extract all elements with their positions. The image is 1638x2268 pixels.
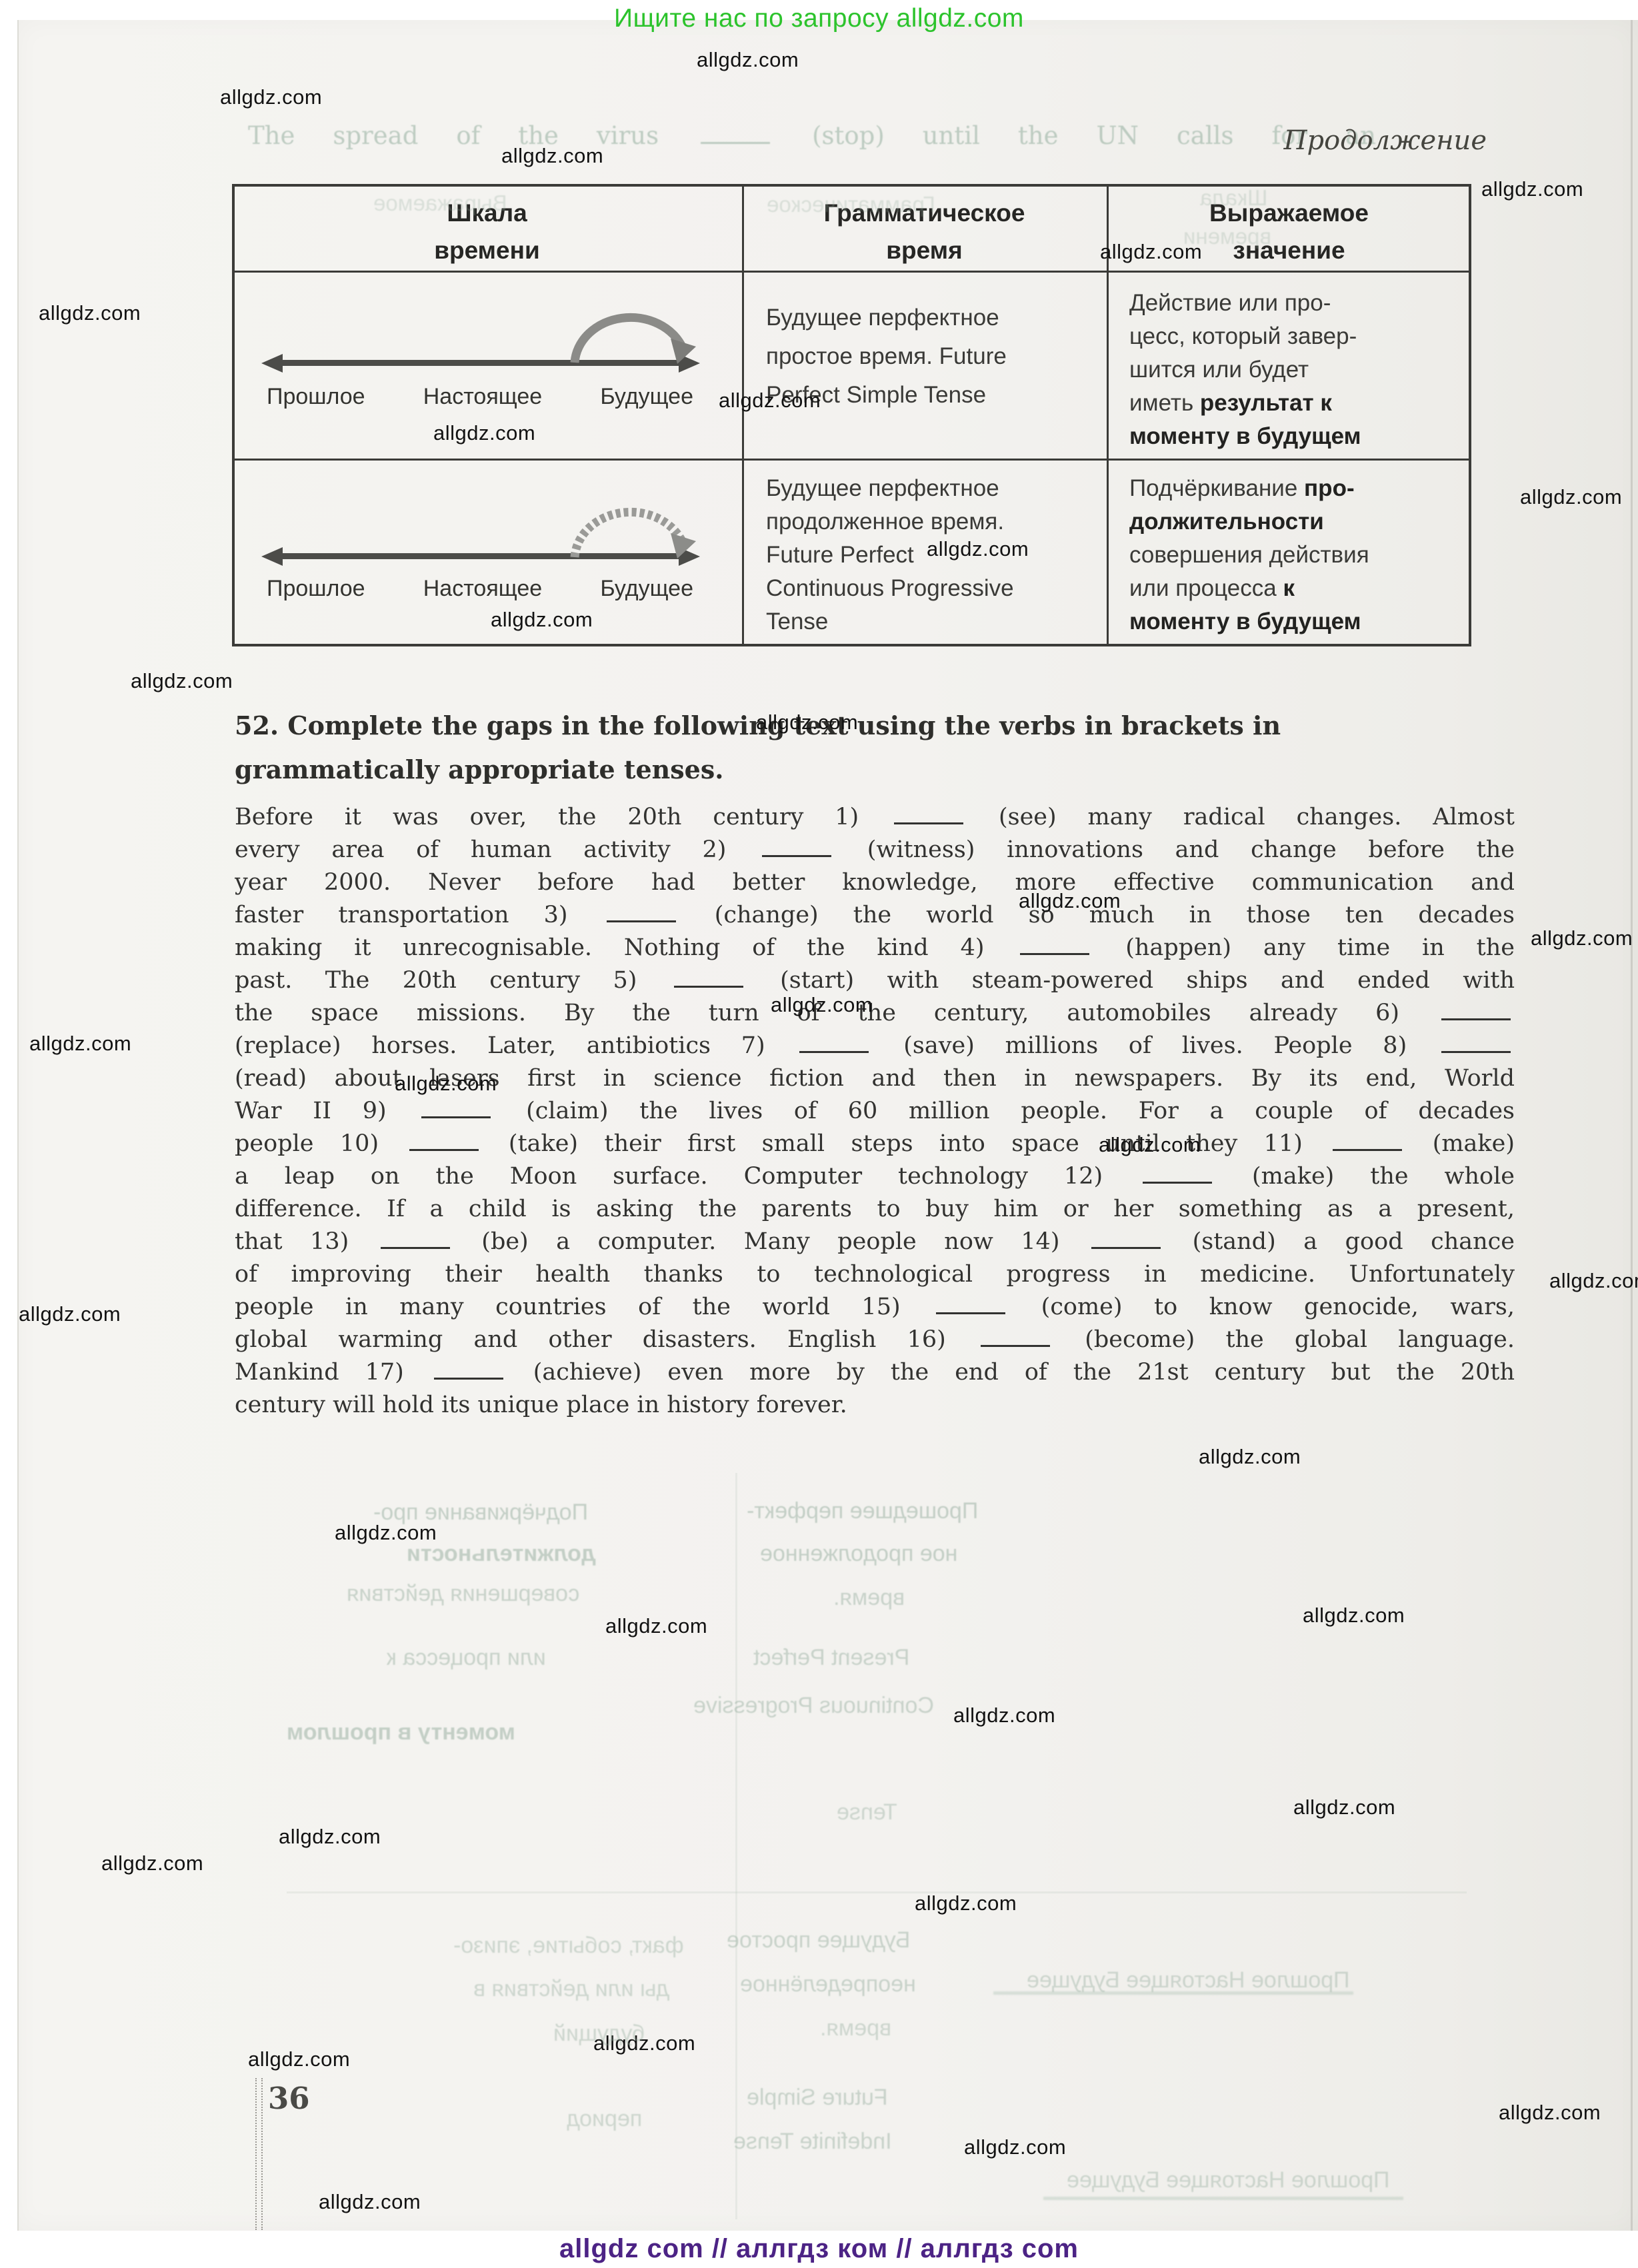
blank-gap xyxy=(1020,933,1089,955)
watermark-text: allgdz.com xyxy=(771,993,873,1017)
page-margin-rule xyxy=(255,2078,263,2230)
meaning-line: шится или будет xyxy=(1129,353,1361,387)
bleed-through-text: время. xyxy=(820,2015,891,2041)
timeline-label: Настоящее xyxy=(423,384,542,410)
paragraph-line: past. The 20th century 5) (start) with s… xyxy=(235,964,1515,997)
watermark-text: allgdz.com xyxy=(927,537,1029,561)
blank-gap xyxy=(1441,1031,1511,1053)
paragraph-line: War II 9) (claim) the lives of 60 millio… xyxy=(235,1095,1515,1128)
watermark-text: allgdz.com xyxy=(1019,889,1121,913)
blank-gap xyxy=(607,900,676,922)
watermark-text: allgdz.com xyxy=(1520,485,1622,509)
blank-gap xyxy=(936,1292,1005,1314)
meaning-line: или процесса к xyxy=(1129,572,1369,605)
paragraph-line: Mankind 17) (achieve) even more by the e… xyxy=(235,1356,1515,1389)
bleed-through-text: Continuous Progressive xyxy=(693,1693,934,1719)
paragraph-line: every area of human activity 2) (witness… xyxy=(235,834,1515,866)
bleed-through-text: моменту в прошлом xyxy=(287,1719,515,1745)
bleed-through-text: Tense xyxy=(837,1799,897,1825)
exercise-paragraph: Before it was over, the 20th century 1) … xyxy=(235,801,1515,1422)
paragraph-line: year 2000. Never before had better knowl… xyxy=(235,866,1515,899)
table-border-bottom xyxy=(232,644,1471,646)
continuation-heading: Продолжение xyxy=(1127,125,1487,156)
page-right-edge xyxy=(1631,20,1633,2231)
future-perfect-arc-icon xyxy=(565,304,703,365)
watermark-text: allgdz.com xyxy=(915,1891,1017,1915)
watermark-text: allgdz.com xyxy=(1531,926,1633,950)
bleed-through-text: или процесса к xyxy=(387,1645,546,1671)
timeline-left-arrowhead-icon xyxy=(261,354,283,373)
page-left-edge xyxy=(17,20,19,2231)
bleed-through-text: ное продолженное xyxy=(760,1541,957,1567)
watermark-text: allgdz.com xyxy=(433,421,535,445)
paragraph-line: a leap on the Moon surface. Computer tec… xyxy=(235,1160,1515,1193)
paragraph-line: Before it was over, the 20th century 1) … xyxy=(235,801,1515,834)
paragraph-line: people 10) (take) their first small step… xyxy=(235,1128,1515,1160)
timeline-label: Будущее xyxy=(600,576,693,602)
bleed-through-text: факт, событие, эпизо- xyxy=(453,1933,684,1959)
meaning-line: иметь результат к xyxy=(1129,387,1361,420)
blank-gap xyxy=(409,1129,479,1151)
bleed-through-text: Future Simple xyxy=(747,2085,888,2111)
exercise-title-line2: grammatically appropriate tenses. xyxy=(235,748,1515,792)
bleed-through-text: времени xyxy=(1183,224,1271,249)
table-divider-row xyxy=(232,459,1471,461)
meaning-line: Действие или про- xyxy=(1129,287,1361,320)
watermark-text: allgdz.com xyxy=(719,389,821,413)
meaning-line: Подчёркивание про- xyxy=(1129,472,1369,505)
blank-gap xyxy=(799,1031,869,1053)
watermark-text: allgdz.com xyxy=(395,1072,497,1096)
bleed-through-text: должительности xyxy=(407,1541,596,1567)
bleed-through-text: совершения действия xyxy=(347,1581,579,1607)
watermark-text: allgdz.com xyxy=(29,1032,131,1056)
bleed-through-arrow xyxy=(993,1991,1353,1995)
watermark-text: allgdz.com xyxy=(605,1614,707,1638)
paragraph-line: the space missions. By the turn of the c… xyxy=(235,997,1515,1030)
bleed-through-text: будущий xyxy=(553,2021,645,2047)
blank-gap xyxy=(762,835,831,857)
timeline-labels-row1: ПрошлоеНастоящееБудущее xyxy=(267,384,693,410)
blank-gap xyxy=(1441,998,1511,1020)
timeline-label: Прошлое xyxy=(267,576,365,602)
paragraph-line: (replace) horses. Later, antibiotics 7) … xyxy=(235,1030,1515,1062)
watermark-text: allgdz.com xyxy=(491,608,593,632)
bleed-through-text: Подчёркивание про- xyxy=(373,1500,588,1526)
blank-gap xyxy=(421,1096,491,1118)
meaning-cell-row1: Действие или про-цесс, который завер-шит… xyxy=(1129,287,1361,453)
watermark-text: allgdz.com xyxy=(19,1302,121,1326)
bleed-through-text: время. xyxy=(833,1585,905,1611)
bleed-through-text: Выражаемое xyxy=(373,191,507,216)
blank-gap xyxy=(381,1227,450,1249)
blank-gap xyxy=(434,1358,503,1380)
watermark-text: allgdz.com xyxy=(1199,1445,1301,1469)
watermark-text: allgdz.com xyxy=(131,669,233,693)
paragraph-line: of improving their health thanks to tech… xyxy=(235,1258,1515,1291)
blank-gap xyxy=(701,121,770,144)
blank-gap xyxy=(981,1325,1050,1347)
watermark-text: allgdz.com xyxy=(319,2190,421,2214)
watermark-text: allgdz.com xyxy=(1293,1795,1395,1819)
watermark-text: allgdz.com xyxy=(1099,1133,1201,1157)
blank-gap xyxy=(1091,1227,1161,1249)
meaning-line: цесс, который завер- xyxy=(1129,320,1361,353)
table-border-top xyxy=(232,184,1471,187)
meaning-line: моменту в будущем xyxy=(1129,605,1369,638)
timeline-left-arrowhead-icon xyxy=(261,547,283,566)
promo-footer-text: allgdz com // аллгдз ком // аллгдз com xyxy=(0,2234,1638,2264)
bleed-through-text: Present Perfect xyxy=(753,1645,909,1671)
meaning-line: совершения действия xyxy=(1129,539,1369,572)
watermark-text: allgdz.com xyxy=(1481,177,1583,201)
watermark-text: allgdz.com xyxy=(964,2135,1066,2159)
paragraph-line: that 13) (be) a computer. Many people no… xyxy=(235,1226,1515,1258)
timeline-label: Будущее xyxy=(600,384,693,410)
exercise-title-line1: 52. Complete the gaps in the following t… xyxy=(235,704,1515,748)
paragraph-line: global warming and other disasters. Engl… xyxy=(235,1324,1515,1356)
bleed-through-text: Прошлое Настоящее Будущее xyxy=(1027,1967,1350,1993)
paragraph-line: people in many countries of the world 15… xyxy=(235,1291,1515,1324)
table-divider-header xyxy=(232,271,1471,273)
blank-gap xyxy=(674,966,743,988)
paragraph-line: century will hold its unique place in hi… xyxy=(235,1389,1515,1422)
blank-gap xyxy=(894,802,963,824)
bleed-through-text: ды или действия в xyxy=(473,1976,669,2002)
watermark-text: allgdz.com xyxy=(101,1851,203,1875)
bleed-through-text: Грамматическое xyxy=(767,192,935,217)
timeline-labels-row2: ПрошлоеНастоящееБудущее xyxy=(267,576,693,602)
watermark-text: allgdz.com xyxy=(220,85,322,109)
blank-gap xyxy=(1333,1129,1402,1151)
paragraph-line: making it unrecognisable. Nothing of the… xyxy=(235,932,1515,964)
watermark-text: allgdz.com xyxy=(1303,1604,1405,1628)
bleed-grid-line xyxy=(287,1891,1467,1893)
watermark-text: allgdz.com xyxy=(697,48,799,72)
bleed-through-text: период xyxy=(567,2106,642,2132)
paragraph-line: difference. If a child is asking the par… xyxy=(235,1193,1515,1226)
scanned-book-page: Ищите нас по запросу allgdz.com The spre… xyxy=(0,0,1638,2268)
bleed-through-text: Прошедшее перфект- xyxy=(747,1498,978,1524)
paragraph-line: faster transportation 3) (change) the wo… xyxy=(235,899,1515,932)
watermark-text: allgdz.com xyxy=(39,301,141,325)
bleed-through-text: Прошлое Настоящее Будущее xyxy=(1067,2167,1390,2193)
bleed-through-text: Будущее простое xyxy=(727,1927,910,1953)
meaning-line: моменту в будущем xyxy=(1129,420,1361,453)
page-number: 36 xyxy=(268,2081,310,2116)
blank-gap xyxy=(1143,1162,1212,1184)
watermark-text: allgdz.com xyxy=(1499,2101,1601,2125)
bleed-through-text: неопределённое xyxy=(740,1971,916,1997)
watermark-text: allgdz.com xyxy=(501,144,603,168)
bleed-through-text: Indefinite Tense xyxy=(733,2129,892,2155)
timeline-label: Настоящее xyxy=(423,576,542,602)
future-perfect-continuous-arc-icon xyxy=(565,499,703,560)
meaning-line: должительности xyxy=(1129,505,1369,539)
watermark-text: allgdz.com xyxy=(1549,1269,1638,1293)
watermark-text: allgdz.com xyxy=(756,710,858,734)
watermark-text: allgdz.com xyxy=(248,2047,350,2071)
bleed-through-arrow xyxy=(1043,2197,1403,2200)
promo-header-text: Ищите нас по запросу allgdz.com xyxy=(0,4,1638,33)
bleed-grid-line xyxy=(735,1473,737,2219)
watermark-text: allgdz.com xyxy=(279,1825,381,1849)
bleed-through-text: Шкала xyxy=(1200,185,1267,211)
timeline-label: Прошлое xyxy=(267,384,365,410)
meaning-cell-row2: Подчёркивание про-должительностисовершен… xyxy=(1129,472,1369,638)
watermark-text: allgdz.com xyxy=(953,1703,1055,1727)
